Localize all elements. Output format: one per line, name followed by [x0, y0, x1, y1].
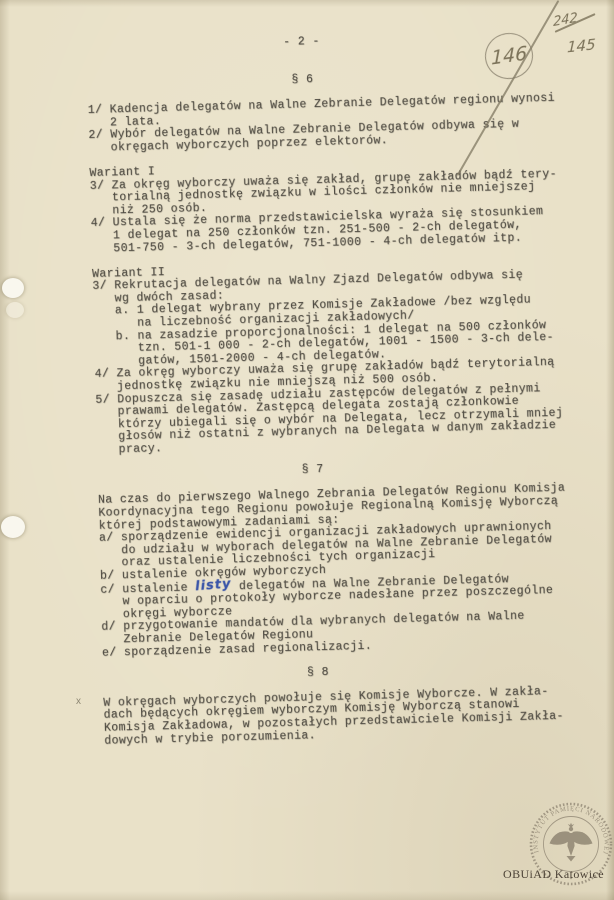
- punch-hole: [1, 516, 25, 538]
- handwritten-page-number: 145: [567, 35, 596, 56]
- margin-mark: x: [76, 696, 81, 707]
- handwritten-correction: listy: [195, 578, 232, 593]
- stamp-caption: OBUiAD Katowice: [503, 867, 604, 882]
- document-page: - 2 - § 61/ Kadencja delegatów na Walne …: [0, 0, 614, 900]
- punch-hole: [2, 278, 24, 298]
- punch-hole: [6, 302, 24, 318]
- typed-text: - 2 - § 61/ Kadencja delegatów na Walne …: [86, 29, 609, 748]
- eagle-icon: [550, 823, 593, 862]
